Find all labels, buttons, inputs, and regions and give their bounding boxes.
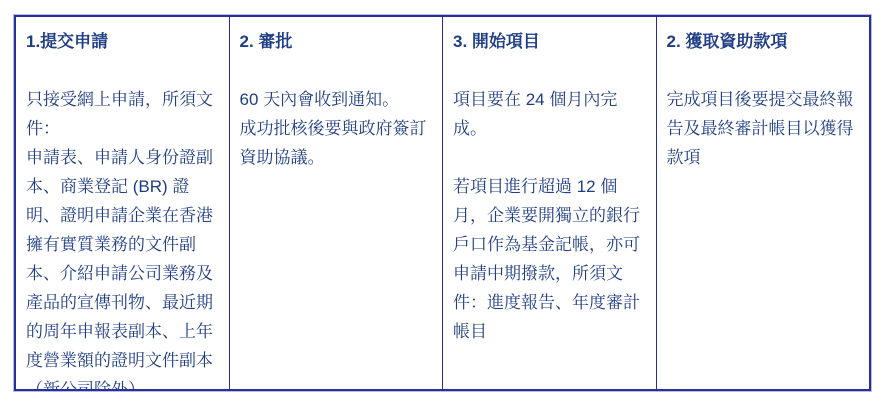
table-cell-start-project: 3. 開始項目 項目要在 24 個月內完成。 若項目進行超過 12 個月，企業要… xyxy=(442,17,656,389)
cell-body-start-project: 項目要在 24 個月內完成。 若項目進行超過 12 個月，企業要開獨立的銀行戶口… xyxy=(453,85,648,346)
table-cell-approval: 2. 審批 60 天內會收到通知。 成功批核後要與政府簽訂資助協議。 xyxy=(229,17,443,389)
cell-body-approval: 60 天內會收到通知。 成功批核後要與政府簽訂資助協議。 xyxy=(240,85,435,172)
table-cell-submit-application: 1.提交申請 只接受網上申請，所須文件： 申請表、申請人身份證副本、商業登記 (… xyxy=(16,17,229,389)
cell-header-approval: 2. 審批 xyxy=(240,27,435,56)
cell-header-submit-application: 1.提交申請 xyxy=(26,27,221,56)
cell-header-start-project: 3. 開始項目 xyxy=(453,27,648,56)
cell-body-receive-funding: 完成項目後要提交最終報告及最終審計帳目以獲得款項 xyxy=(667,85,862,172)
cell-body-submit-application: 只接受網上申請，所須文件： 申請表、申請人身份證副本、商業登記 (BR) 證明、… xyxy=(26,85,221,389)
table-cell-receive-funding: 2. 獲取資助款項 完成項目後要提交最終報告及最終審計帳目以獲得款項 xyxy=(656,17,870,389)
funding-process-table: 1.提交申請 只接受網上申請，所須文件： 申請表、申請人身份證副本、商業登記 (… xyxy=(14,15,871,391)
cell-header-receive-funding: 2. 獲取資助款項 xyxy=(667,27,862,56)
